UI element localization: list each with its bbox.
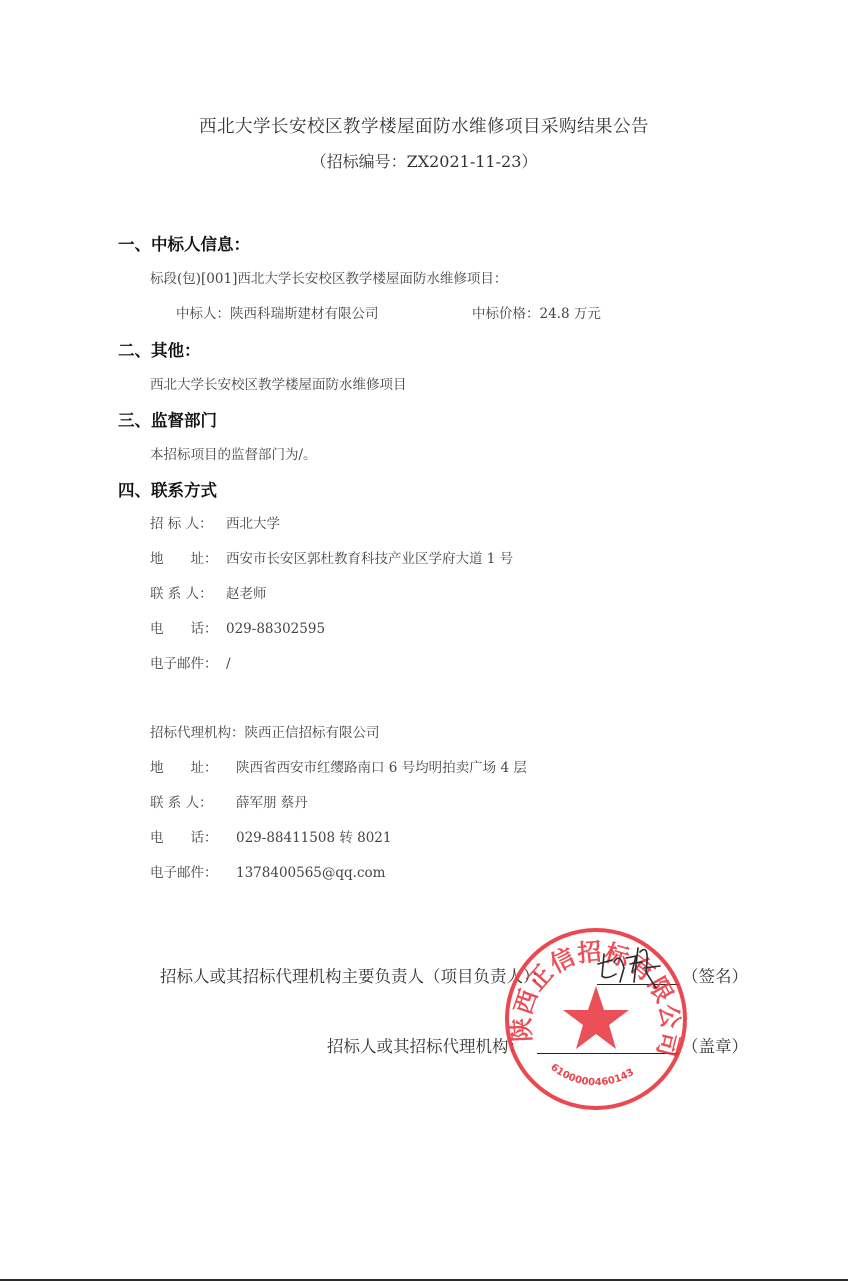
supervision-text: 本招标项目的监督部门为/。 bbox=[150, 443, 317, 463]
other-text: 西北大学长安校区教学楼屋面防水维修项目 bbox=[150, 373, 407, 393]
agency-name-row: 招标代理机构：陕西正信招标有限公司 bbox=[150, 721, 380, 741]
section-heading-other: 二、其他： bbox=[118, 337, 201, 361]
contact-label: 电子邮件： bbox=[150, 861, 236, 881]
contact-label: 电 话： bbox=[150, 826, 236, 846]
tender-number: （招标编号：ZX2021-11-23） bbox=[0, 149, 848, 172]
agency-contact-row: 联 系 人：薛军朋 蔡丹 bbox=[150, 791, 308, 811]
contact-label: 电子邮件： bbox=[150, 652, 226, 672]
tenderer-contact-row: 联 系 人：赵老师 bbox=[150, 582, 267, 602]
contact-value: 赵老师 bbox=[226, 586, 267, 602]
contact-label: 招标代理机构： bbox=[150, 725, 245, 741]
contact-value: 1378400565@qq.com bbox=[236, 865, 385, 881]
agency-phone-row: 电 话：029-88411508 转 8021 bbox=[150, 826, 391, 846]
contact-value: 029-88302595 bbox=[226, 621, 325, 637]
tenderer-name-row: 招 标 人：西北大学 bbox=[150, 512, 280, 532]
contact-label: 电 话： bbox=[150, 617, 226, 637]
contact-value: 薛军朋 蔡丹 bbox=[236, 795, 308, 811]
tenderer-address-row: 地 址：西安市长安区郭杜教育科技产业区学府大道 1 号 bbox=[150, 547, 513, 567]
contact-label: 联 系 人： bbox=[150, 791, 236, 811]
contact-value: 西北大学 bbox=[226, 516, 280, 532]
document-title: 西北大学长安校区教学楼屋面防水维修项目采购结果公告 bbox=[0, 113, 848, 138]
winner-label: 中标人： bbox=[176, 306, 230, 322]
tenderer-phone-row: 电 话：029-88302595 bbox=[150, 617, 325, 637]
stamp-star-icon bbox=[563, 986, 629, 1049]
section-heading-supervision: 三、监督部门 bbox=[118, 407, 217, 431]
signature-suffix: （签名） bbox=[682, 963, 748, 987]
contact-label: 地 址： bbox=[150, 547, 226, 567]
contact-value: 陕西正信招标有限公司 bbox=[245, 725, 380, 741]
contact-value: / bbox=[226, 656, 231, 672]
price-value: 24.8 万元 bbox=[540, 306, 601, 322]
lot-line: 标段(包)[001]西北大学长安校区教学楼屋面防水维修项目： bbox=[150, 267, 507, 287]
section-heading-contact: 四、联系方式 bbox=[118, 477, 217, 501]
price-row: 中标价格：24.8 万元 bbox=[472, 302, 601, 322]
seal-suffix: （盖章） bbox=[682, 1033, 748, 1057]
contact-value: 陕西省西安市红缨路南口 6 号均明拍卖广场 4 层 bbox=[236, 760, 527, 776]
agency-email-row: 电子邮件：1378400565@qq.com bbox=[150, 861, 385, 881]
tenderer-email-row: 电子邮件：/ bbox=[150, 652, 231, 672]
price-label: 中标价格： bbox=[472, 306, 540, 322]
section-heading-winner-info: 一、中标人信息： bbox=[118, 231, 250, 255]
contact-label: 联 系 人： bbox=[150, 582, 226, 602]
agency-address-row: 地 址：陕西省西安市红缨路南口 6 号均明拍卖广场 4 层 bbox=[150, 756, 527, 776]
winner-row: 中标人：陕西科瑞斯建材有限公司 bbox=[176, 302, 379, 322]
contact-label: 招 标 人： bbox=[150, 512, 226, 532]
contact-label: 地 址： bbox=[150, 756, 236, 776]
signature-label: 招标人或其招标代理机构主要负责人（项目负责人）： bbox=[160, 963, 548, 987]
winner-value: 陕西科瑞斯建材有限公司 bbox=[230, 306, 379, 322]
handwritten-signature bbox=[590, 942, 670, 992]
contact-value: 西安市长安区郭杜教育科技产业区学府大道 1 号 bbox=[226, 551, 513, 567]
seal-label: 招标人或其招标代理机构： bbox=[327, 1033, 525, 1057]
contact-value: 029-88411508 转 8021 bbox=[236, 830, 391, 846]
stamp-code: 6100000460143 bbox=[548, 1062, 636, 1088]
